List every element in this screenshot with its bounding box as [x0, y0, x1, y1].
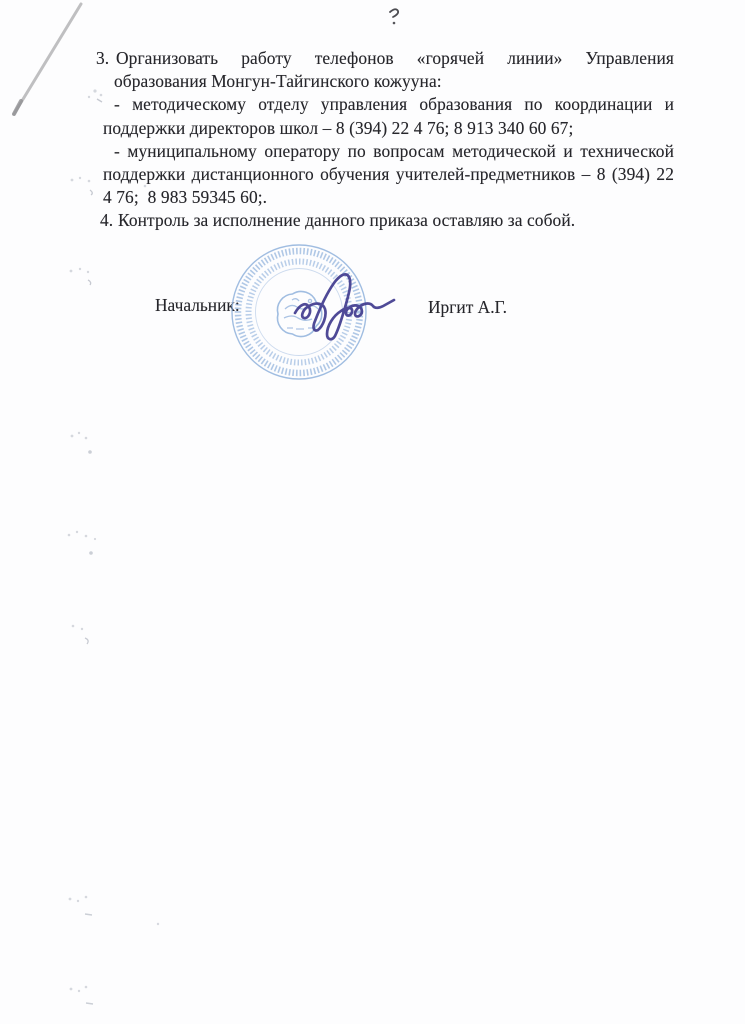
list-number-4: 4.	[100, 209, 118, 232]
order-item-4-line: 4.Контроль за исполнение данного приказа…	[100, 209, 674, 232]
page-fold-artifact-end	[14, 101, 21, 114]
list-number-3: 3.	[96, 47, 116, 70]
order-item-3-line-2: образования Монгун-Тайгинского кожууна:	[114, 70, 674, 93]
signer-position-label: Начальник:	[155, 294, 240, 316]
document-page: 3.Организовать работу телефонов «горячей…	[0, 0, 745, 1024]
order-item-3-sub1-line-2: поддержки директоров школ – 8 (394) 22 4…	[103, 117, 674, 140]
item3-line1-text: Организовать работу телефонов «горячей л…	[116, 48, 674, 68]
item4-text: Контроль за исполнение данного приказа о…	[118, 210, 575, 230]
signer-name: Иргит А.Г.	[428, 296, 507, 318]
order-text-block: 3.Организовать работу телефонов «горячей…	[103, 47, 674, 233]
order-item-3-line-1: 3.Организовать работу телефонов «горячей…	[96, 47, 674, 70]
pen-mark	[390, 9, 398, 24]
order-item-3-sub2-line-3: 4 76; 8 983 59345 60;.	[103, 186, 674, 209]
order-item-3-sub2-line-2: поддержки дистанционного обучения учител…	[103, 163, 674, 186]
order-item-3-sub2-line-1: - муниципальному оператору по вопросам м…	[114, 140, 674, 163]
page-fold-artifact	[14, 4, 81, 114]
handwritten-signature	[270, 252, 415, 352]
order-item-3-sub1-line-1: - методическому отделу управления образо…	[114, 93, 674, 116]
